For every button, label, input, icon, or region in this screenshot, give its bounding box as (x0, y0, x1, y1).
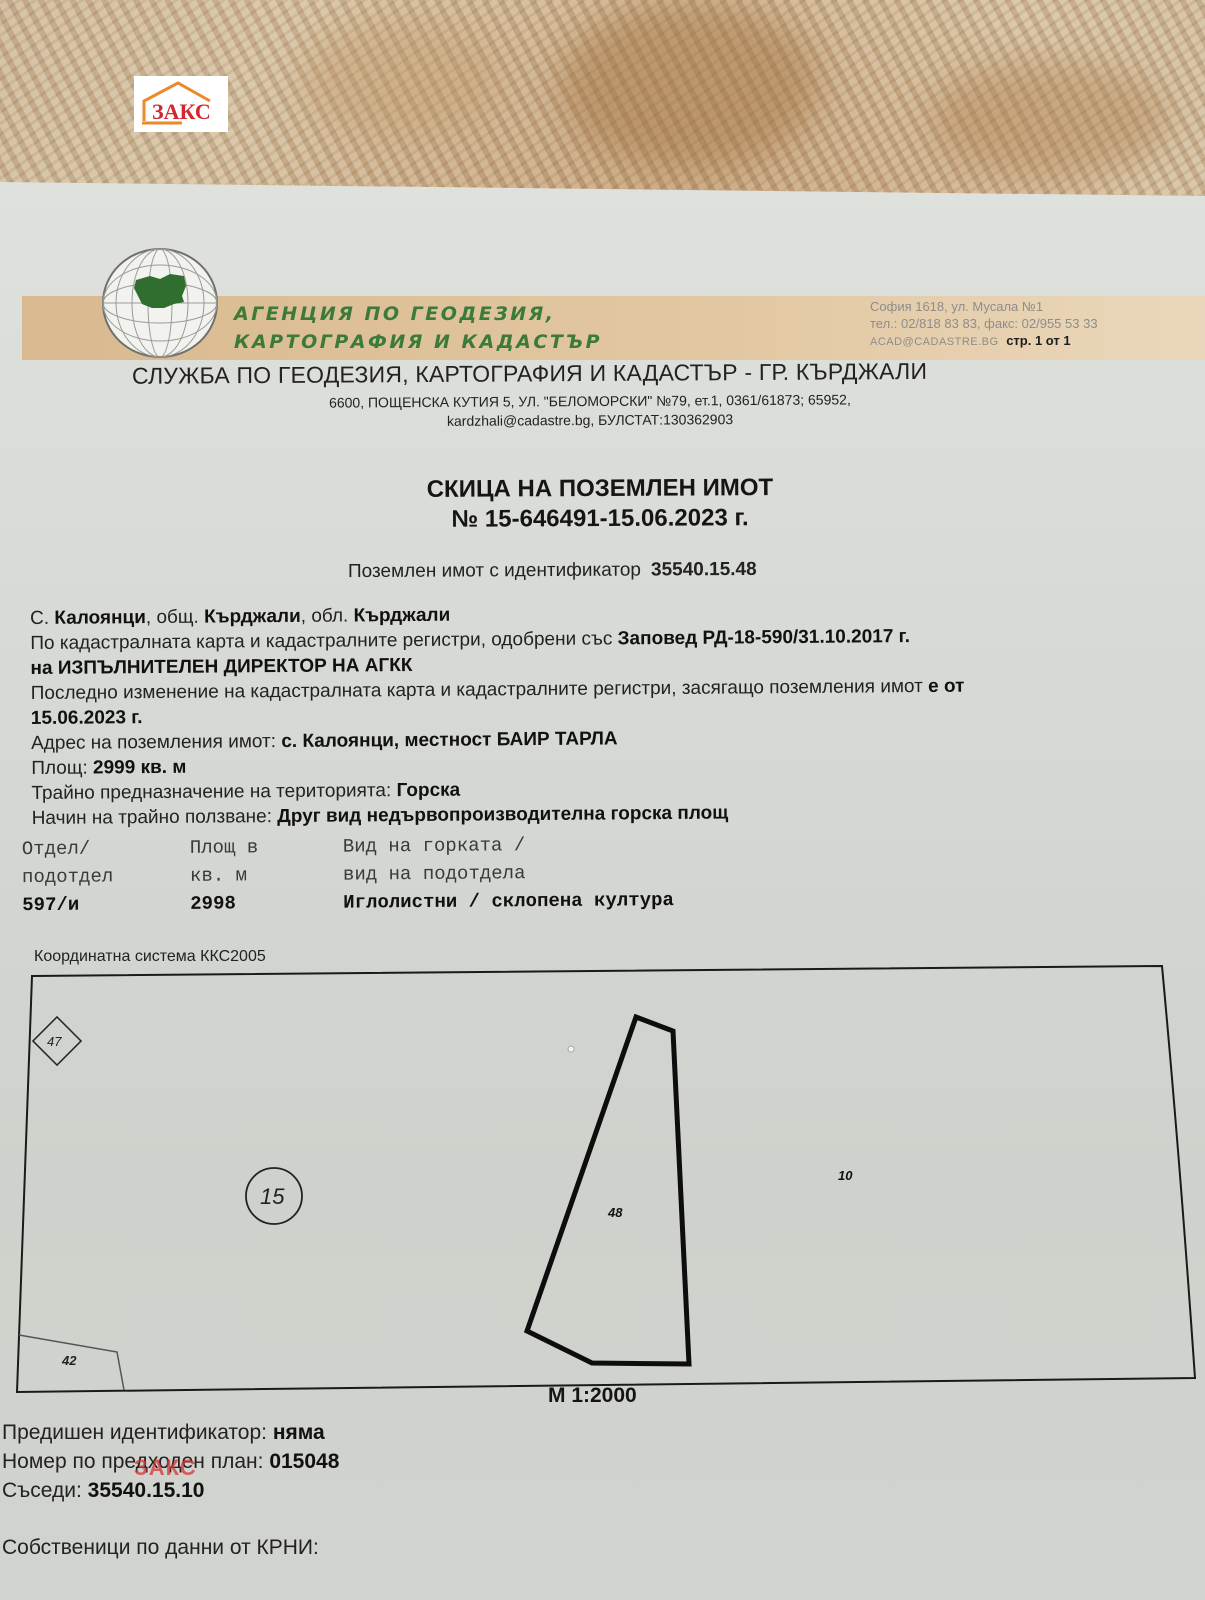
svg-text:15: 15 (260, 1184, 285, 1209)
document-title: СКИЦА НА ПОЗЕМЛЕН ИМОТ № 15-646491-15.06… (300, 472, 900, 535)
map-frame (17, 966, 1195, 1392)
agency-contact: София 1618, ул. Мусала №1 тел.: 02/818 8… (870, 298, 1098, 351)
subject-parcel-48 (527, 1017, 689, 1364)
pin-hole (568, 1046, 574, 1052)
house-outline-icon: ЗАКС (138, 79, 224, 129)
document-number: № 15-646491-15.06.2023 г. (300, 502, 900, 535)
fabric-pattern (930, 60, 1170, 180)
svg-text:ЗАКС: ЗАКС (152, 99, 211, 124)
property-identifier: Поземлен имот с идентификатор35540.15.48 (348, 559, 757, 583)
cadastral-sketch-map: 42 47 15 48 10 (0, 955, 1205, 1395)
page-number: стр. 1 от 1 (1006, 333, 1070, 348)
agency-email: ACAD@CADASTRE.BG (870, 336, 999, 348)
office-address: 6600, ПОЩЕНСКА КУТИЯ 5, УЛ. "БЕЛОМОРСКИ"… (200, 390, 980, 433)
owners-label: Собственици по данни от КРНИ: (2, 1533, 339, 1562)
svg-text:47: 47 (47, 1034, 62, 1049)
fabric-pattern (560, 0, 820, 170)
fabric-pattern (300, 20, 500, 140)
property-info: С. Калоянци, общ. Кърджали, обл. Кърджал… (30, 597, 1192, 831)
agency-name: Агенция по геодезия, картография и кадас… (234, 300, 602, 356)
footer-info: Предишен идентификатор: няма Номер по пр… (2, 1418, 339, 1562)
zaks-logo: ЗАКС (134, 76, 228, 132)
svg-text:10: 10 (838, 1168, 853, 1183)
forest-table: Отдел/ Площ в Вид на горката / подотдел … (22, 829, 823, 919)
svg-text:48: 48 (607, 1205, 623, 1220)
map-scale: М 1:2000 (548, 1384, 637, 1408)
office-title: СЛУЖБА ПО ГЕОДЕЗИЯ, КАРТОГРАФИЯ И КАДАСТ… (132, 357, 1052, 390)
svg-text:42: 42 (61, 1353, 77, 1368)
previous-identifier: Предишен идентификатор: няма (2, 1418, 339, 1447)
zaks-watermark: ЗАКС (134, 1455, 197, 1481)
globe-bulgaria-icon (100, 246, 220, 360)
